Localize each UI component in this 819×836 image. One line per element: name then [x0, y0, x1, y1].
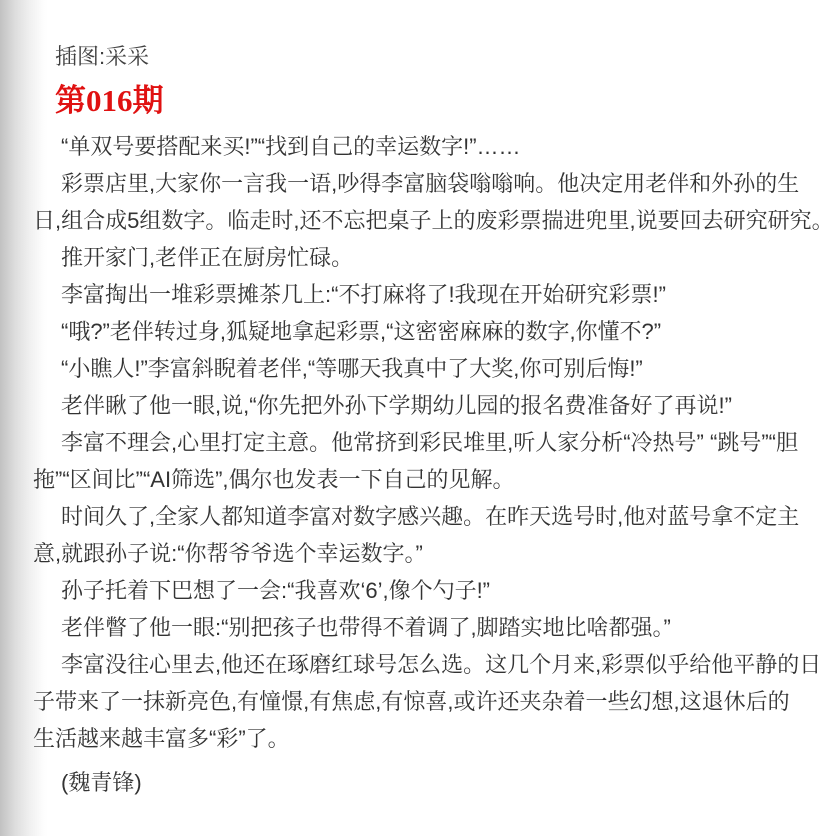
article-body: “单双号要搭配来买!”“找到自己的幸运数字!”……彩票店里,大家你一言我一语,吵… — [33, 128, 795, 757]
paragraph: “哦?”老伴转过身,狐疑地拿起彩票,“这密密麻麻的数字,你懂不?” — [33, 313, 795, 350]
paragraph: 推开家门,老伴正在厨房忙碌。 — [33, 239, 795, 276]
paragraph: 老伴瞥了他一眼:“别把孩子也带得不着调了,脚踏实地比啥都强。” — [33, 609, 795, 646]
text-line: 老伴瞅了他一眼,说,“你先把外孙下学期幼儿园的报名费准备好了再说!” — [33, 387, 795, 424]
paragraph: 时间久了,全家人都知道李富对数字感兴趣。在昨天选号时,他对蓝号拿不定主意,就跟孙… — [33, 498, 795, 572]
paragraph: “单双号要搭配来买!”“找到自己的幸运数字!”…… — [33, 128, 795, 165]
text-line: 推开家门,老伴正在厨房忙碌。 — [33, 239, 795, 276]
article-content: 插图:采采 第016期 “单双号要搭配来买!”“找到自己的幸运数字!”……彩票店… — [33, 44, 795, 801]
text-line: 子带来了一抹新亮色,有憧憬,有焦虑,有惊喜,或许还夹杂着一些幻想,这退休后的 — [33, 683, 795, 720]
text-line: “哦?”老伴转过身,狐疑地拿起彩票,“这密密麻麻的数字,你懂不?” — [33, 313, 795, 350]
illustration-credit: 插图:采采 — [55, 44, 795, 70]
text-line: “小瞧人!”李富斜睨着老伴,“等哪天我真中了大奖,你可别后悔!” — [33, 350, 795, 387]
text-line: 李富掏出一堆彩票摊茶几上:“不打麻将了!我现在开始研究彩票!” — [33, 276, 795, 313]
text-line: “单双号要搭配来买!”“找到自己的幸运数字!”…… — [33, 128, 795, 165]
paragraph: “小瞧人!”李富斜睨着老伴,“等哪天我真中了大奖,你可别后悔!” — [33, 350, 795, 387]
paragraph: 李富不理会,心里打定主意。他常挤到彩民堆里,听人家分析“冷热号” “跳号”“胆拖… — [33, 424, 795, 498]
text-line: 孙子托着下巴想了一会:“我喜欢‘6’,像个勺子!” — [33, 572, 795, 609]
text-line: 李富没往心里去,他还在琢磨红球号怎么选。这几个月来,彩票似乎给他平静的日 — [33, 646, 795, 683]
paragraph: 李富掏出一堆彩票摊茶几上:“不打麻将了!我现在开始研究彩票!” — [33, 276, 795, 313]
issue-title: 第016期 — [55, 84, 795, 118]
paragraph: 李富没往心里去,他还在琢磨红球号怎么选。这几个月来,彩票似乎给他平静的日子带来了… — [33, 646, 795, 757]
text-line: 彩票店里,大家你一言我一语,吵得李富脑袋嗡嗡响。他决定用老伴和外孙的生 — [33, 165, 795, 202]
paragraph: 孙子托着下巴想了一会:“我喜欢‘6’,像个勺子!” — [33, 572, 795, 609]
text-line: 时间久了,全家人都知道李富对数字感兴趣。在昨天选号时,他对蓝号拿不定主 — [33, 498, 795, 535]
paragraph: 老伴瞅了他一眼,说,“你先把外孙下学期幼儿园的报名费准备好了再说!” — [33, 387, 795, 424]
text-line: 老伴瞥了他一眼:“别把孩子也带得不着调了,脚踏实地比啥都强。” — [33, 609, 795, 646]
paragraph: 彩票店里,大家你一言我一语,吵得李富脑袋嗡嗡响。他决定用老伴和外孙的生日,组合成… — [33, 165, 795, 239]
text-line: 日,组合成5组数字。临走时,还不忘把桌子上的废彩票揣进兜里,说要回去研究研究。 — [33, 202, 795, 239]
text-line: 李富不理会,心里打定主意。他常挤到彩民堆里,听人家分析“冷热号” “跳号”“胆 — [33, 424, 795, 461]
author-byline: (魏青锋) — [33, 764, 795, 801]
text-line: 意,就跟孙子说:“你帮爷爷选个幸运数字。” — [33, 535, 795, 572]
text-line: 拖”“区间比”“AI筛选”,偶尔也发表一下自己的见解。 — [33, 461, 795, 498]
text-line: 生活越来越丰富多“彩”了。 — [33, 720, 795, 757]
article-page: 插图:采采 第016期 “单双号要搭配来买!”“找到自己的幸运数字!”……彩票店… — [0, 0, 819, 836]
